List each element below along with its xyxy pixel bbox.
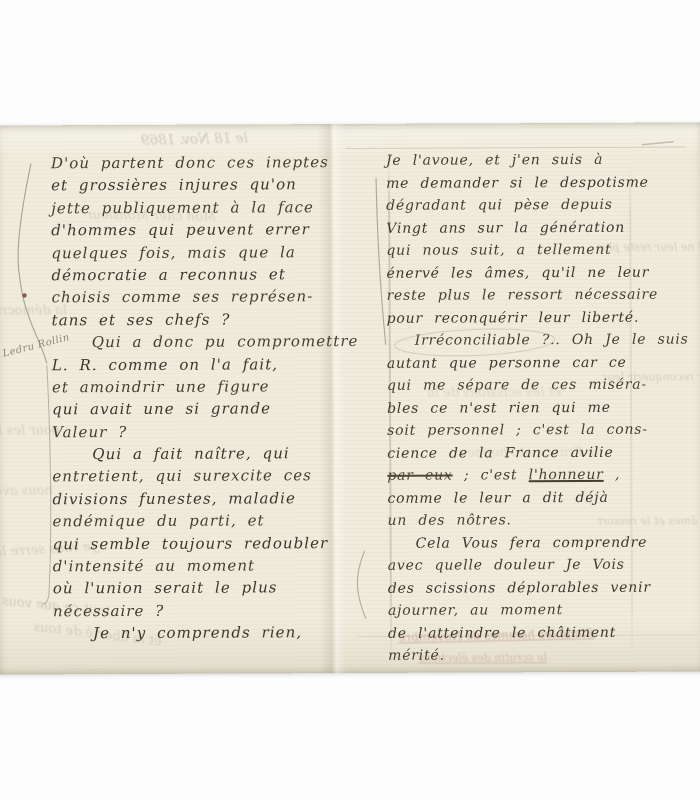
line-text: , — [604, 467, 621, 483]
handwritten-line: et amoindrir une figure — [52, 377, 359, 401]
handwritten-line: Cela Vous fera comprendre — [388, 534, 690, 558]
handwritten-line: quelques fois, mais que la — [51, 243, 358, 267]
handwritten-line: pour reconquérir leur liberté. — [387, 309, 689, 333]
handwritten-line: divisions funestes, maladie — [52, 489, 359, 513]
pencil-dash-top-right — [642, 142, 674, 145]
handwritten-line: autant que personne car ce — [387, 354, 689, 378]
handwritten-line: avec quelle douleur Je Vois — [388, 557, 690, 581]
handwritten-line: où l'union serait le plus — [53, 578, 360, 602]
bleedthrough-text: nous avons besoin — [0, 483, 53, 499]
handwritten-line: tans et ses chefs ? — [52, 310, 359, 334]
horizontal-crease — [346, 147, 686, 149]
page-right: Je l'avoue, et j'en suis à me demander s… — [386, 152, 690, 671]
handwritten-line: entretient, qui surexcite ces — [52, 466, 359, 490]
handwritten-line: jette publiquement à la face — [51, 198, 358, 222]
letter-sheet: le 18 Nov. 1869 Mon cher Monsieur la dém… — [0, 122, 700, 674]
handwritten-line: choisis comme ses représen- — [52, 287, 359, 311]
handwritten-line: Je l'avoue, et j'en suis à — [386, 152, 688, 176]
page-left: D'où partent donc ces ineptes et grossiè… — [51, 153, 360, 647]
handwritten-line: soit personnel ; c'est la cons- — [387, 422, 689, 446]
handwritten-line: qui semble toujours redoubler — [53, 534, 360, 558]
handwritten-line: ajourner, au moment — [388, 602, 690, 626]
handwritten-line: Je n'y comprends rien, — [53, 623, 360, 647]
handwritten-line: qui nous suit, a tellement — [386, 242, 688, 266]
handwritten-line: endémique du parti, et — [52, 511, 359, 535]
handwritten-line: et grossières injures qu'on — [51, 175, 358, 199]
handwritten-line: Qui a fait naître, qui — [52, 444, 359, 468]
handwritten-line: dégradant qui pèse depuis — [386, 197, 688, 221]
handwritten-line: comme le leur a dit déjà — [387, 489, 689, 513]
handwritten-line: un des nôtres. — [387, 512, 689, 536]
handwritten-line: d'hommes qui peuvent errer — [51, 220, 358, 244]
handwritten-line-with-corrections: par eux ; c'est l'honneur , — [387, 467, 689, 491]
handwritten-line: démocratie a reconnus et — [51, 265, 358, 289]
handwritten-line: nécessaire ? — [53, 601, 360, 625]
handwritten-line: mérité. — [388, 647, 690, 671]
handwritten-line: qui me sépare de ces miséra- — [387, 377, 689, 401]
bleedthrough-text: pour les hommes de — [0, 423, 60, 439]
pencil-margin-curve-left — [18, 163, 47, 363]
handwritten-line: reste plus le ressort nécessaire — [387, 287, 689, 311]
handwritten-line: Vingt ans sur la génération — [386, 219, 688, 243]
photo-background: le 18 Nov. 1869 Mon cher Monsieur la dém… — [0, 0, 700, 800]
handwritten-line: énervé les âmes, qu'il ne leur — [386, 264, 688, 288]
handwritten-line: me demander si le despotisme — [386, 174, 688, 198]
underlined-word: l'honneur — [529, 467, 604, 483]
handwritten-line: qui avait une si grande — [52, 399, 359, 423]
line-text: ; c'est — [453, 467, 529, 483]
handwritten-line: des scissions déplorables venir — [388, 579, 690, 603]
bleedthrough-text: le 18 Nov. 1869 — [141, 131, 248, 149]
handwritten-line: bles ce n'est rien qui me — [387, 399, 689, 423]
handwritten-line: Qui a donc pu compromettre — [52, 332, 359, 356]
handwritten-line: Irréconciliable ?.. Oh Je le suis — [387, 332, 689, 356]
handwritten-line: D'où partent donc ces ineptes — [51, 153, 358, 177]
handwritten-line: de l'atteindre le châtiment — [388, 624, 690, 648]
handwritten-line: L. R. comme on l'a fait, — [52, 354, 359, 378]
ink-dot — [22, 293, 26, 297]
handwritten-line: d'intensité au moment — [53, 556, 360, 580]
pencil-margin-curve-right — [376, 178, 386, 345]
handwritten-line: cience de la France avilie — [387, 444, 689, 468]
handwritten-line: Valeur ? — [52, 422, 359, 446]
struck-out-words: par eux — [387, 468, 452, 484]
